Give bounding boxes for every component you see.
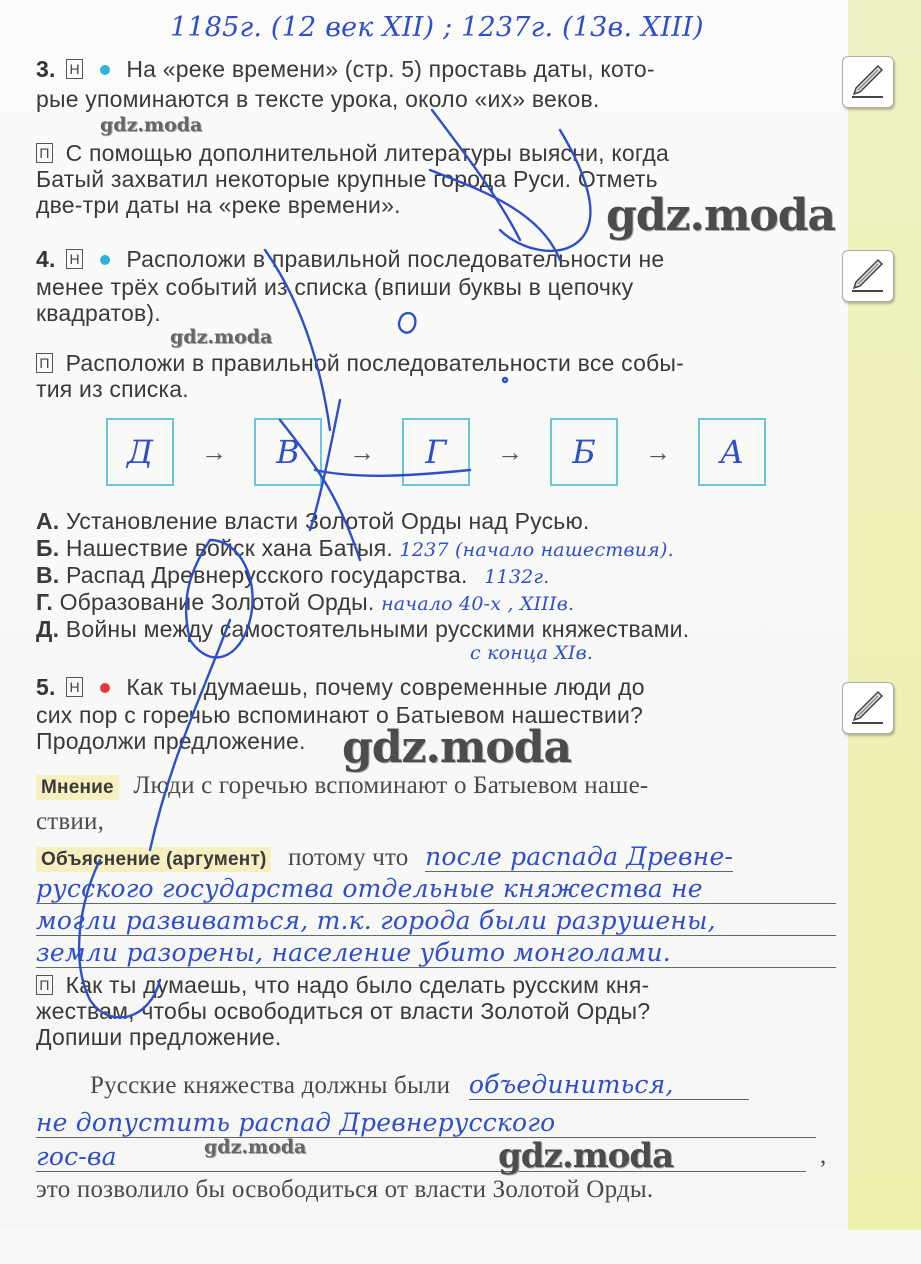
arrow-right-icon: →: [470, 437, 550, 468]
fill-field[interactable]: гос-ва: [36, 1142, 806, 1172]
task5-p-line1: П Как ты думаешь, что надо было сделать …: [36, 972, 816, 999]
event-note: 1237 (начало нашествия).: [400, 539, 674, 561]
task4-p-line1: П Расположи в правильной последовательно…: [36, 350, 816, 377]
level-badge: П: [36, 975, 53, 995]
task-number: 3.: [36, 56, 56, 82]
explanation-tag: Объяснение (аргумент): [36, 847, 271, 872]
event-item: Г. Образование Золотой Орды. начало 40-х…: [36, 589, 816, 616]
event-note: с конца XIв.: [470, 642, 593, 664]
explanation-row: Объяснение (аргумент) потому что после р…: [36, 842, 816, 872]
arrow-right-icon: →: [174, 437, 254, 468]
opinion-row: Мнение Люди с горечью вспоминают о Батые…: [36, 772, 816, 800]
pencil-icon: [842, 250, 894, 302]
opinion-text: Люди с горечью вспоминают о Батыевом наш…: [133, 772, 648, 799]
pencil-icon: [842, 56, 894, 108]
task-text: На «реке времени» (стр. 5) проставь даты…: [126, 56, 654, 82]
sentence-row: Русские княжества должны были объединить…: [90, 1070, 820, 1100]
fill-field[interactable]: не допустить распад Древнерусского: [36, 1108, 816, 1138]
pencil-icon: [842, 682, 894, 734]
task-number: 5.: [36, 674, 56, 700]
task5-p-line3: Допиши предложение.: [36, 1024, 816, 1051]
comma: ,: [820, 1142, 826, 1170]
task-text: Расположи в правильной последовательност…: [126, 246, 664, 272]
event-letter: А.: [36, 508, 59, 534]
watermark: gdz.moda: [342, 722, 571, 773]
watermark: gdz.moda: [606, 190, 835, 241]
event-text: Войны между самостоятельными русскими кн…: [66, 616, 690, 642]
task3-p-line2: Батый захватил некоторые крупные города …: [36, 166, 816, 193]
task4-line1: 4. Н Расположи в правильной последовател…: [36, 246, 816, 273]
page-bottom: [0, 1230, 921, 1264]
event-item: А. Установление власти Золотой Орды над …: [36, 508, 816, 535]
difficulty-dot-icon: [100, 65, 110, 75]
task5-line1: 5. Н Как ты думаешь, почему современные …: [36, 674, 816, 701]
event-text: Установление власти Золотой Орды над Рус…: [66, 508, 590, 534]
event-letter: Д.: [36, 616, 59, 642]
sequence-box[interactable]: А: [698, 418, 766, 486]
answer-field[interactable]: могли развиваться, т.к. города были разр…: [36, 906, 836, 936]
difficulty-dot-icon: [100, 255, 110, 265]
sequence-box[interactable]: Б: [550, 418, 618, 486]
page-margin: [848, 0, 921, 1230]
arrow-right-icon: →: [618, 437, 698, 468]
watermark: gdz.moda: [204, 1136, 306, 1158]
event-item: Д. Войны между самостоятельными русскими…: [36, 616, 816, 643]
level-badge: П: [36, 353, 53, 373]
event-note: 1132г.: [484, 566, 549, 588]
task-text: Как ты думаешь, что надо было сделать ру…: [66, 972, 650, 998]
sequence-chain: Д → В → Г → Б → А: [106, 418, 766, 486]
level-badge: Н: [66, 59, 83, 79]
event-text: Нашествие войск хана Батыя.: [66, 535, 393, 561]
sentence-end: это позволило бы освободиться от власти …: [36, 1176, 816, 1204]
task-number: 4.: [36, 246, 56, 272]
top-handwritten-answer: 1185г. (12 век XII) ; 1237г. (13в. XIII): [170, 12, 921, 43]
sentence-lead: Русские княжества должны были: [90, 1072, 450, 1099]
task-text: Расположи в правильной последовательност…: [66, 350, 684, 376]
task3-p-line1: П С помощью дополнительной литературы вы…: [36, 140, 816, 167]
opinion-tag: Мнение: [36, 775, 119, 800]
level-badge: Н: [66, 677, 83, 697]
event-item: Б. Нашествие войск хана Батыя. 1237 (нач…: [36, 535, 816, 562]
answer-field[interactable]: русского государства отдельные княжества…: [36, 874, 836, 904]
event-letter: В.: [36, 562, 59, 588]
sequence-box[interactable]: В: [254, 418, 322, 486]
event-note: начало 40-х , XIIIв.: [381, 593, 574, 615]
watermark: gdz.moda: [100, 114, 202, 136]
watermark: gdz.moda: [498, 1136, 673, 1176]
event-text: Распад Древнерусского государства.: [66, 562, 468, 588]
watermark: gdz.moda: [170, 326, 272, 348]
answer-field[interactable]: после распада Древне-: [425, 842, 733, 872]
event-item: В. Распад Древнерусского государства. 11…: [36, 562, 816, 589]
event-letter: Г.: [36, 589, 53, 615]
difficulty-dot-icon: [100, 683, 110, 693]
task3-line2: рые упоминаются в тексте урока, около «и…: [36, 86, 816, 113]
opinion-text-cont: ствии,: [36, 808, 816, 836]
task5-p-line2: жествам, чтобы освободиться от власти Зо…: [36, 998, 816, 1025]
level-badge: П: [36, 143, 53, 163]
arrow-right-icon: →: [322, 437, 402, 468]
event-letter: Б.: [36, 535, 59, 561]
explanation-lead: потому что: [288, 844, 408, 871]
answer-field[interactable]: земли разорены, население убито монголам…: [36, 938, 836, 968]
sequence-box[interactable]: Г: [402, 418, 470, 486]
task4-p-line2: тия из списка.: [36, 376, 816, 403]
event-text: Образование Золотой Орды.: [60, 589, 375, 615]
sequence-box[interactable]: Д: [106, 418, 174, 486]
level-badge: Н: [66, 249, 83, 269]
task3-line1: 3. Н На «реке времени» (стр. 5) проставь…: [36, 56, 816, 83]
task4-line3: квадратов).: [36, 300, 816, 327]
task4-line2: менее трёх событий из списка (впиши букв…: [36, 274, 816, 301]
task-text: Как ты думаешь, почему современные люди …: [126, 674, 644, 700]
fill-field[interactable]: объединиться,: [469, 1070, 749, 1100]
task-text: С помощью дополнительной литературы выяс…: [66, 140, 669, 166]
